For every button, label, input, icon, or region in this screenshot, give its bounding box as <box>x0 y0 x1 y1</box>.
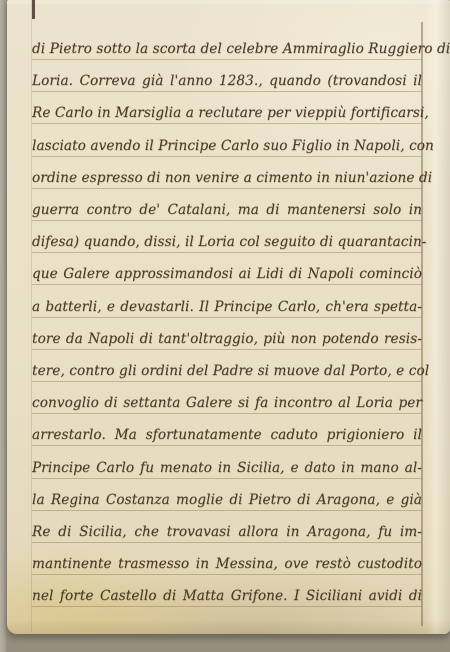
paper-right-edge <box>426 0 450 634</box>
manuscript-line: guerra contro de' Catalani, ma di manten… <box>32 188 422 221</box>
manuscript-line: convoglio di settanta Galere si fa incon… <box>32 381 422 414</box>
manuscript-line: Re Carlo in Marsiglia a reclutare per vi… <box>32 91 422 124</box>
manuscript-line: nel forte Castello di Matta Grifone. I S… <box>32 574 422 607</box>
crease-mark <box>32 0 35 19</box>
manuscript-line-text: nel forte Castello di Matta Grifone. I S… <box>32 574 422 619</box>
manuscript-line: tore da Napoli di tant'oltraggio, più no… <box>32 317 422 350</box>
manuscript-line: a batterli, e devastarli. Il Principe Ca… <box>32 285 422 318</box>
manuscript-page: di Pietro sotto la scorta del celebre Am… <box>7 0 450 634</box>
paper-bottom-shade <box>7 620 450 634</box>
manuscript-line: arrestarlo. Ma sfortunatamente caduto pr… <box>32 413 422 446</box>
paper-top-edge <box>7 0 450 4</box>
manuscript-line: tere, contro gli ordini del Padre si muo… <box>32 349 422 382</box>
manuscript-line: lasciato avendo il Principe Carlo suo Fi… <box>32 124 422 157</box>
manuscript-line: ordine espresso di non venire a cimento … <box>32 156 422 189</box>
manuscript-line: mantinente trasmesso in Messina, ove res… <box>32 542 422 575</box>
manuscript-line: la Regina Costanza moglie di Pietro di A… <box>32 478 422 511</box>
manuscript-line: Principe Carlo fu menato in Sicilia, e d… <box>32 446 422 479</box>
manuscript-line: di Pietro sotto la scorta del celebre Am… <box>32 27 422 60</box>
manuscript-line: Re di Sicilia, che trovavasi allora in A… <box>32 510 422 543</box>
scanned-page-background: di Pietro sotto la scorta del celebre Am… <box>0 0 450 652</box>
manuscript-line: difesa) quando, dissi, il Loria col segu… <box>32 220 422 253</box>
manuscript-line: Loria. Correva già l'anno 1283., quando … <box>32 59 422 92</box>
manuscript-line: que Galere approssimandosi ai Lidi di Na… <box>32 252 422 285</box>
